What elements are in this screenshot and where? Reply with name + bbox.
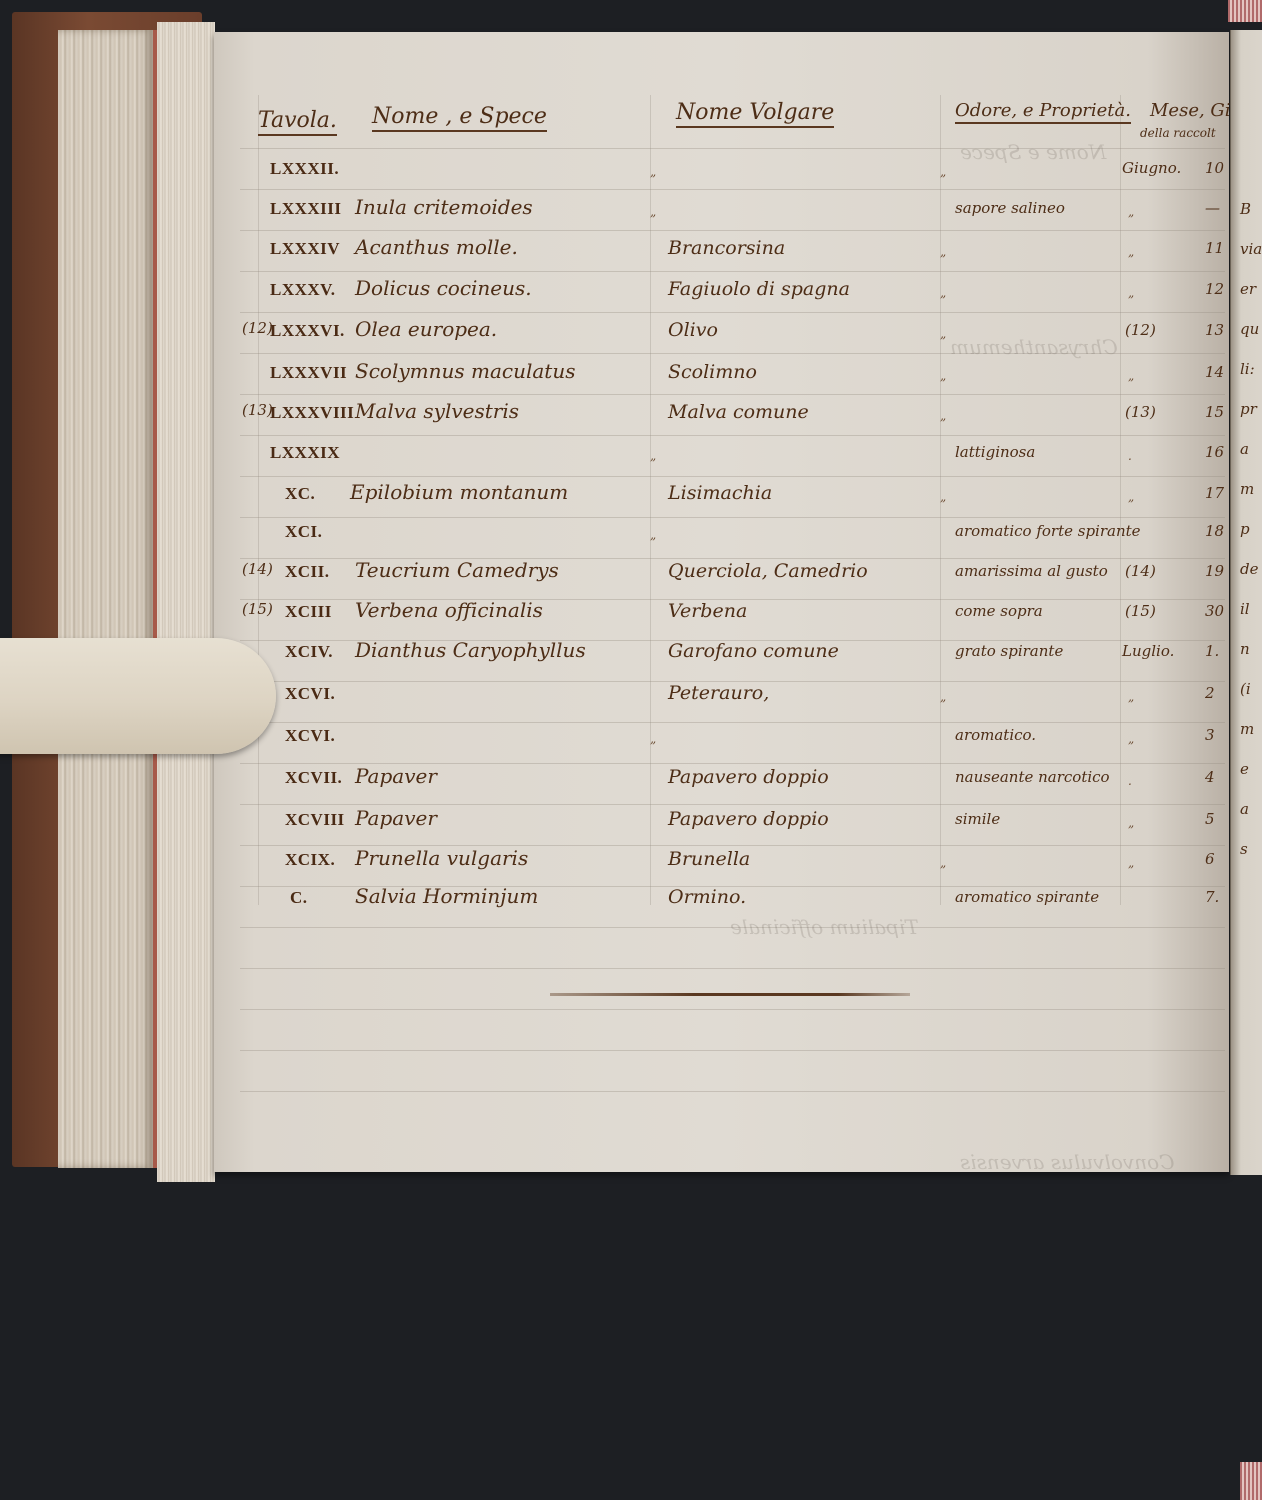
common-name: Brancorsina [668,237,785,259]
month-text: (13) [1125,403,1156,421]
bleed-through-text: Tipalium officinale [730,915,919,939]
ruled-line [240,517,1225,518]
day-number: 18 [1205,522,1224,540]
facing-page-fragment-text: er [1240,280,1256,298]
species-name: Dolicus cocineus. [355,276,532,300]
common-name: „ [650,449,656,463]
header-nome-specie: Nome , e Spece [372,104,547,132]
species-name: Olea europea. [355,317,497,341]
day-number: 7. [1205,888,1219,906]
facing-page-fragment-text: B [1240,200,1251,218]
tavola-number: XCVI. [285,684,335,704]
day-number: 4 [1205,768,1215,786]
property-text: „ [940,245,946,259]
tavola-number: XCVI. [285,726,335,746]
header-nome-volgare: Nome Volgare [676,100,834,128]
species-name: Prunella vulgaris [355,846,528,870]
common-name: Peterauro, [668,682,769,704]
species-name: Dianthus Caryophyllus [355,638,586,662]
ruled-line [240,968,1225,969]
day-number: — [1205,199,1220,217]
property-text: „ [940,856,946,870]
tavola-number: LXXXV. [270,280,336,300]
facing-page-fragment-text: qu [1240,320,1259,338]
ruled-line [240,312,1225,313]
footnote-ref: (14) [242,560,273,578]
species-name: Papaver [355,764,437,788]
property-text: sapore salineo [955,199,1065,217]
common-name: Querciola, Camedrio [668,560,868,582]
bookmark-ribbon-top [1228,0,1262,22]
property-text: „ [940,165,946,179]
tavola-number: XCVIII [285,810,345,830]
tavola-number: C. [290,888,308,908]
day-number: 5 [1205,810,1215,828]
footnote-ref: (13) [242,401,273,419]
column-rule [1120,95,1121,905]
ruled-line [240,230,1225,231]
common-name: Lisimachia [668,482,772,504]
day-number: 16 [1205,443,1224,461]
ruled-line [240,394,1225,395]
species-name: Verbena officinalis [355,598,543,622]
common-name: „ [650,732,656,746]
property-text: „ [940,327,946,341]
month-text: (12) [1125,321,1156,339]
property-text: nauseante narcotico [955,768,1110,786]
bleed-through-text: Chrysanthemum [950,335,1118,359]
bleed-through-text: Convolvulus arvensis [960,1150,1174,1174]
common-name: Papavero doppio [668,808,829,830]
header-odore-proprieta: Odore, e Proprietà. [955,100,1131,124]
day-number: 13 [1205,321,1224,339]
month-text: „ [1128,369,1134,383]
day-number: 11 [1205,239,1224,257]
month-text: „ [1128,245,1134,259]
common-name: „ [650,205,656,219]
property-text: „ [940,490,946,504]
closing-rule [550,993,910,996]
tavola-number: LXXXVII [270,363,347,383]
month-text: Luglio. [1122,642,1174,660]
tavola-number: XCIV. [285,642,333,662]
common-name: „ [650,165,656,179]
page-edges-left [58,30,153,1168]
tavola-number: LXXXVI. [270,321,345,341]
common-name: Brunella [668,848,750,870]
species-name: Scolymnus maculatus [355,359,575,383]
bleed-through-text: Nome e Spece [960,140,1106,164]
footnote-ref: (12) [242,319,273,337]
common-name: Garofano comune [668,640,839,662]
day-number: 6 [1205,850,1215,868]
header-tavola: Tavola. [258,108,337,136]
common-name: Fagiuolo di spagna [668,278,850,300]
species-name: Malva sylvestris [355,399,519,423]
common-name: „ [650,528,656,542]
paper-knife-bookmark [0,638,276,754]
day-number: 17 [1205,484,1224,502]
common-name: Scolimno [668,361,757,383]
facing-page-fragment-text: (i [1240,680,1251,698]
footnote-ref: (15) [242,600,273,618]
ruled-line [240,1009,1225,1010]
month-text: . [1128,449,1132,463]
facing-page-fragment-text: de [1240,560,1258,578]
facing-page-fragment-text: a [1240,800,1249,818]
facing-page-fragment-text: pr [1240,400,1257,418]
facing-page-fragment-text: il [1240,600,1250,618]
month-text: „ [1128,732,1134,746]
ruled-line [240,271,1225,272]
tavola-number: LXXXII. [270,159,339,179]
tavola-number: XCVII. [285,768,342,788]
species-name: Salvia Horminjum [355,884,538,908]
ruled-line [240,476,1225,477]
month-text: „ [1128,205,1134,219]
tavola-number: XCII. [285,562,330,582]
ruled-line [240,804,1225,805]
ruled-line [240,722,1225,723]
day-number: 30 [1205,602,1224,620]
facing-page-fragment-text: a [1240,440,1249,458]
month-text: . [1128,774,1132,788]
common-name: Verbena [668,600,747,622]
day-number: 19 [1205,562,1224,580]
property-text: lattiginosa [955,443,1035,461]
species-name: Acanthus molle. [355,235,518,259]
month-text: „ [1128,856,1134,870]
common-name: Malva comune [668,401,809,423]
ruled-line [240,189,1225,190]
species-name: Epilobium montanum [350,480,568,504]
property-text: aromatico spirante [955,888,1099,906]
ruled-line [240,1050,1225,1051]
tavola-number: XCI. [285,522,322,542]
common-name: Ormino. [668,886,746,908]
facing-page-fragment-text: s [1240,840,1248,858]
month-text: „ [1128,690,1134,704]
day-number: 2 [1205,684,1215,702]
day-number: 3 [1205,726,1215,744]
ruled-line [240,1091,1225,1092]
header-mese: Mese, Gi [1150,100,1231,121]
tavola-number: LXXXIII [270,199,342,219]
property-text: aromatico forte spirante [955,522,1141,540]
facing-page-fragment-text: n [1240,640,1250,658]
facing-page-fragment-text: via [1240,240,1262,258]
day-number: 12 [1205,280,1224,298]
property-text: simile [955,810,1000,828]
month-text: „ [1128,286,1134,300]
property-text: aromatico. [955,726,1036,744]
species-name: Inula critemoides [355,195,533,219]
tavola-number: XCIX. [285,850,335,870]
month-text: „ [1128,490,1134,504]
property-text: „ [940,409,946,423]
page-edges-inner [157,22,215,1182]
tavola-number: LXXXVIII [270,403,354,423]
tavola-number: XCIII [285,602,332,622]
day-number: 1. [1205,642,1219,660]
tavola-number: LXXXIX [270,443,340,463]
day-number: 14 [1205,363,1224,381]
property-text: amarissima al gusto [955,562,1108,580]
facing-page-fragment-text: li: [1240,360,1255,378]
facing-page-fragment-text: e [1240,760,1249,778]
common-name: Papavero doppio [668,766,829,788]
column-rule [258,95,259,905]
facing-page-fragment-text: p [1240,520,1250,538]
property-text: „ [940,286,946,300]
month-text: „ [1128,816,1134,830]
property-text: „ [940,690,946,704]
ruled-line [240,435,1225,436]
tavola-number: XC. [285,484,315,504]
facing-page-fragment-text: m [1240,480,1254,498]
bookmark-ribbon-bottom [1240,1462,1262,1500]
month-text: Giugno. [1122,159,1181,177]
facing-page-fragment-text: m [1240,720,1254,738]
species-name: Teucrium Camedrys [355,558,559,582]
tavola-number: LXXXIV [270,239,340,259]
property-text: „ [940,369,946,383]
common-name: Olivo [668,319,718,341]
property-text: come sopra [955,602,1043,620]
property-text: grato spirante [955,642,1063,660]
species-name: Papaver [355,806,437,830]
header-mese-sub: della raccolt [1140,126,1216,140]
day-number: 15 [1205,403,1224,421]
month-text: (14) [1125,562,1156,580]
month-text: (15) [1125,602,1156,620]
day-number: 10 [1205,159,1224,177]
